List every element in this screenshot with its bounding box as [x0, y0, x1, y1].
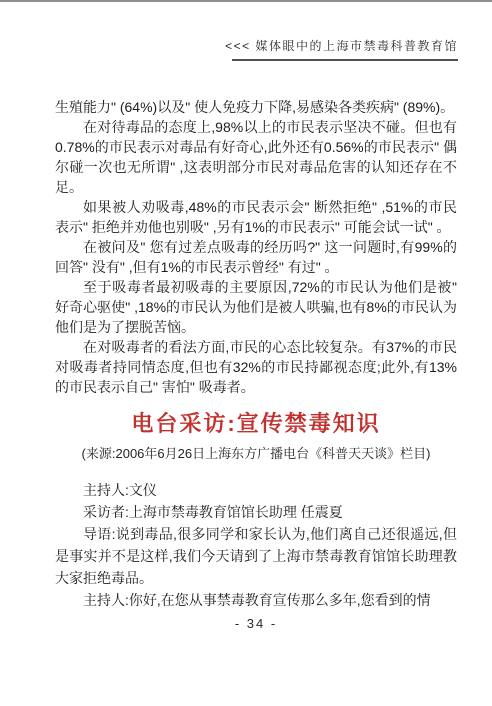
source-line: (来源:2006年6月26日上海东方广播电台《科普天天谈》栏目) [55, 445, 457, 462]
document-page: <<< 媒体眼中的上海市禁毒科普教育馆 生殖能力" (64%)以及" 使人免疫力… [0, 0, 492, 706]
paragraph: 至于吸毒者最初吸毒的主要原因,72%的市民认为他们是被" 好奇心驱使" ,18%… [55, 277, 457, 337]
interview-line: 导语:说到毒品,很多同学和家长认为,他们离自己还很遥远,但是事实并不是这样,我们… [55, 523, 457, 589]
paragraph: 在对吸毒者的看法方面,市民的心态比较复杂。有37%的市民对吸毒者持同情态度,但也… [55, 337, 457, 397]
page-number: - 34 - [55, 616, 457, 631]
running-header: <<< 媒体眼中的上海市禁毒科普教育馆 [225, 37, 458, 54]
paragraph: 如果被人劝吸毒,48%的市民表示会" 断然拒绝" ,51%的市民表示" 拒绝并劝… [55, 197, 457, 237]
interview-section: 主持人:文仪 采访者:上海市禁毒教育馆馆长助理 任震夏 导语:说到毒品,很多同学… [55, 479, 457, 611]
interview-line: 主持人:你好,在您从事禁毒教育宣传那么多年,您看到的情 [55, 589, 457, 611]
interview-line: 采访者:上海市禁毒教育馆馆长助理 任震夏 [55, 501, 457, 523]
header-rule [232, 59, 458, 61]
paragraph: 在对待毒品的态度上,98%以上的市民表示坚决不碰。但也有0.78%的市民表示对毒… [55, 117, 457, 197]
survey-body-section: 生殖能力" (64%)以及" 使人免疫力下降,易感染各类疾病" (89%)。 在… [55, 97, 457, 397]
page-content: 生殖能力" (64%)以及" 使人免疫力下降,易感染各类疾病" (89%)。 在… [55, 97, 457, 631]
interview-line: 主持人:文仪 [55, 479, 457, 501]
paragraph: 在被问及" 您有过差点吸毒的经历吗?" 这一问题时,有99%的回答" 没有" ,… [55, 237, 457, 277]
paragraph: 生殖能力" (64%)以及" 使人免疫力下降,易感染各类疾病" (89%)。 [55, 97, 457, 117]
section-title: 电台采访:宣传禁毒知识 [55, 409, 457, 439]
page-header: <<< 媒体眼中的上海市禁毒科普教育馆 [225, 37, 458, 61]
